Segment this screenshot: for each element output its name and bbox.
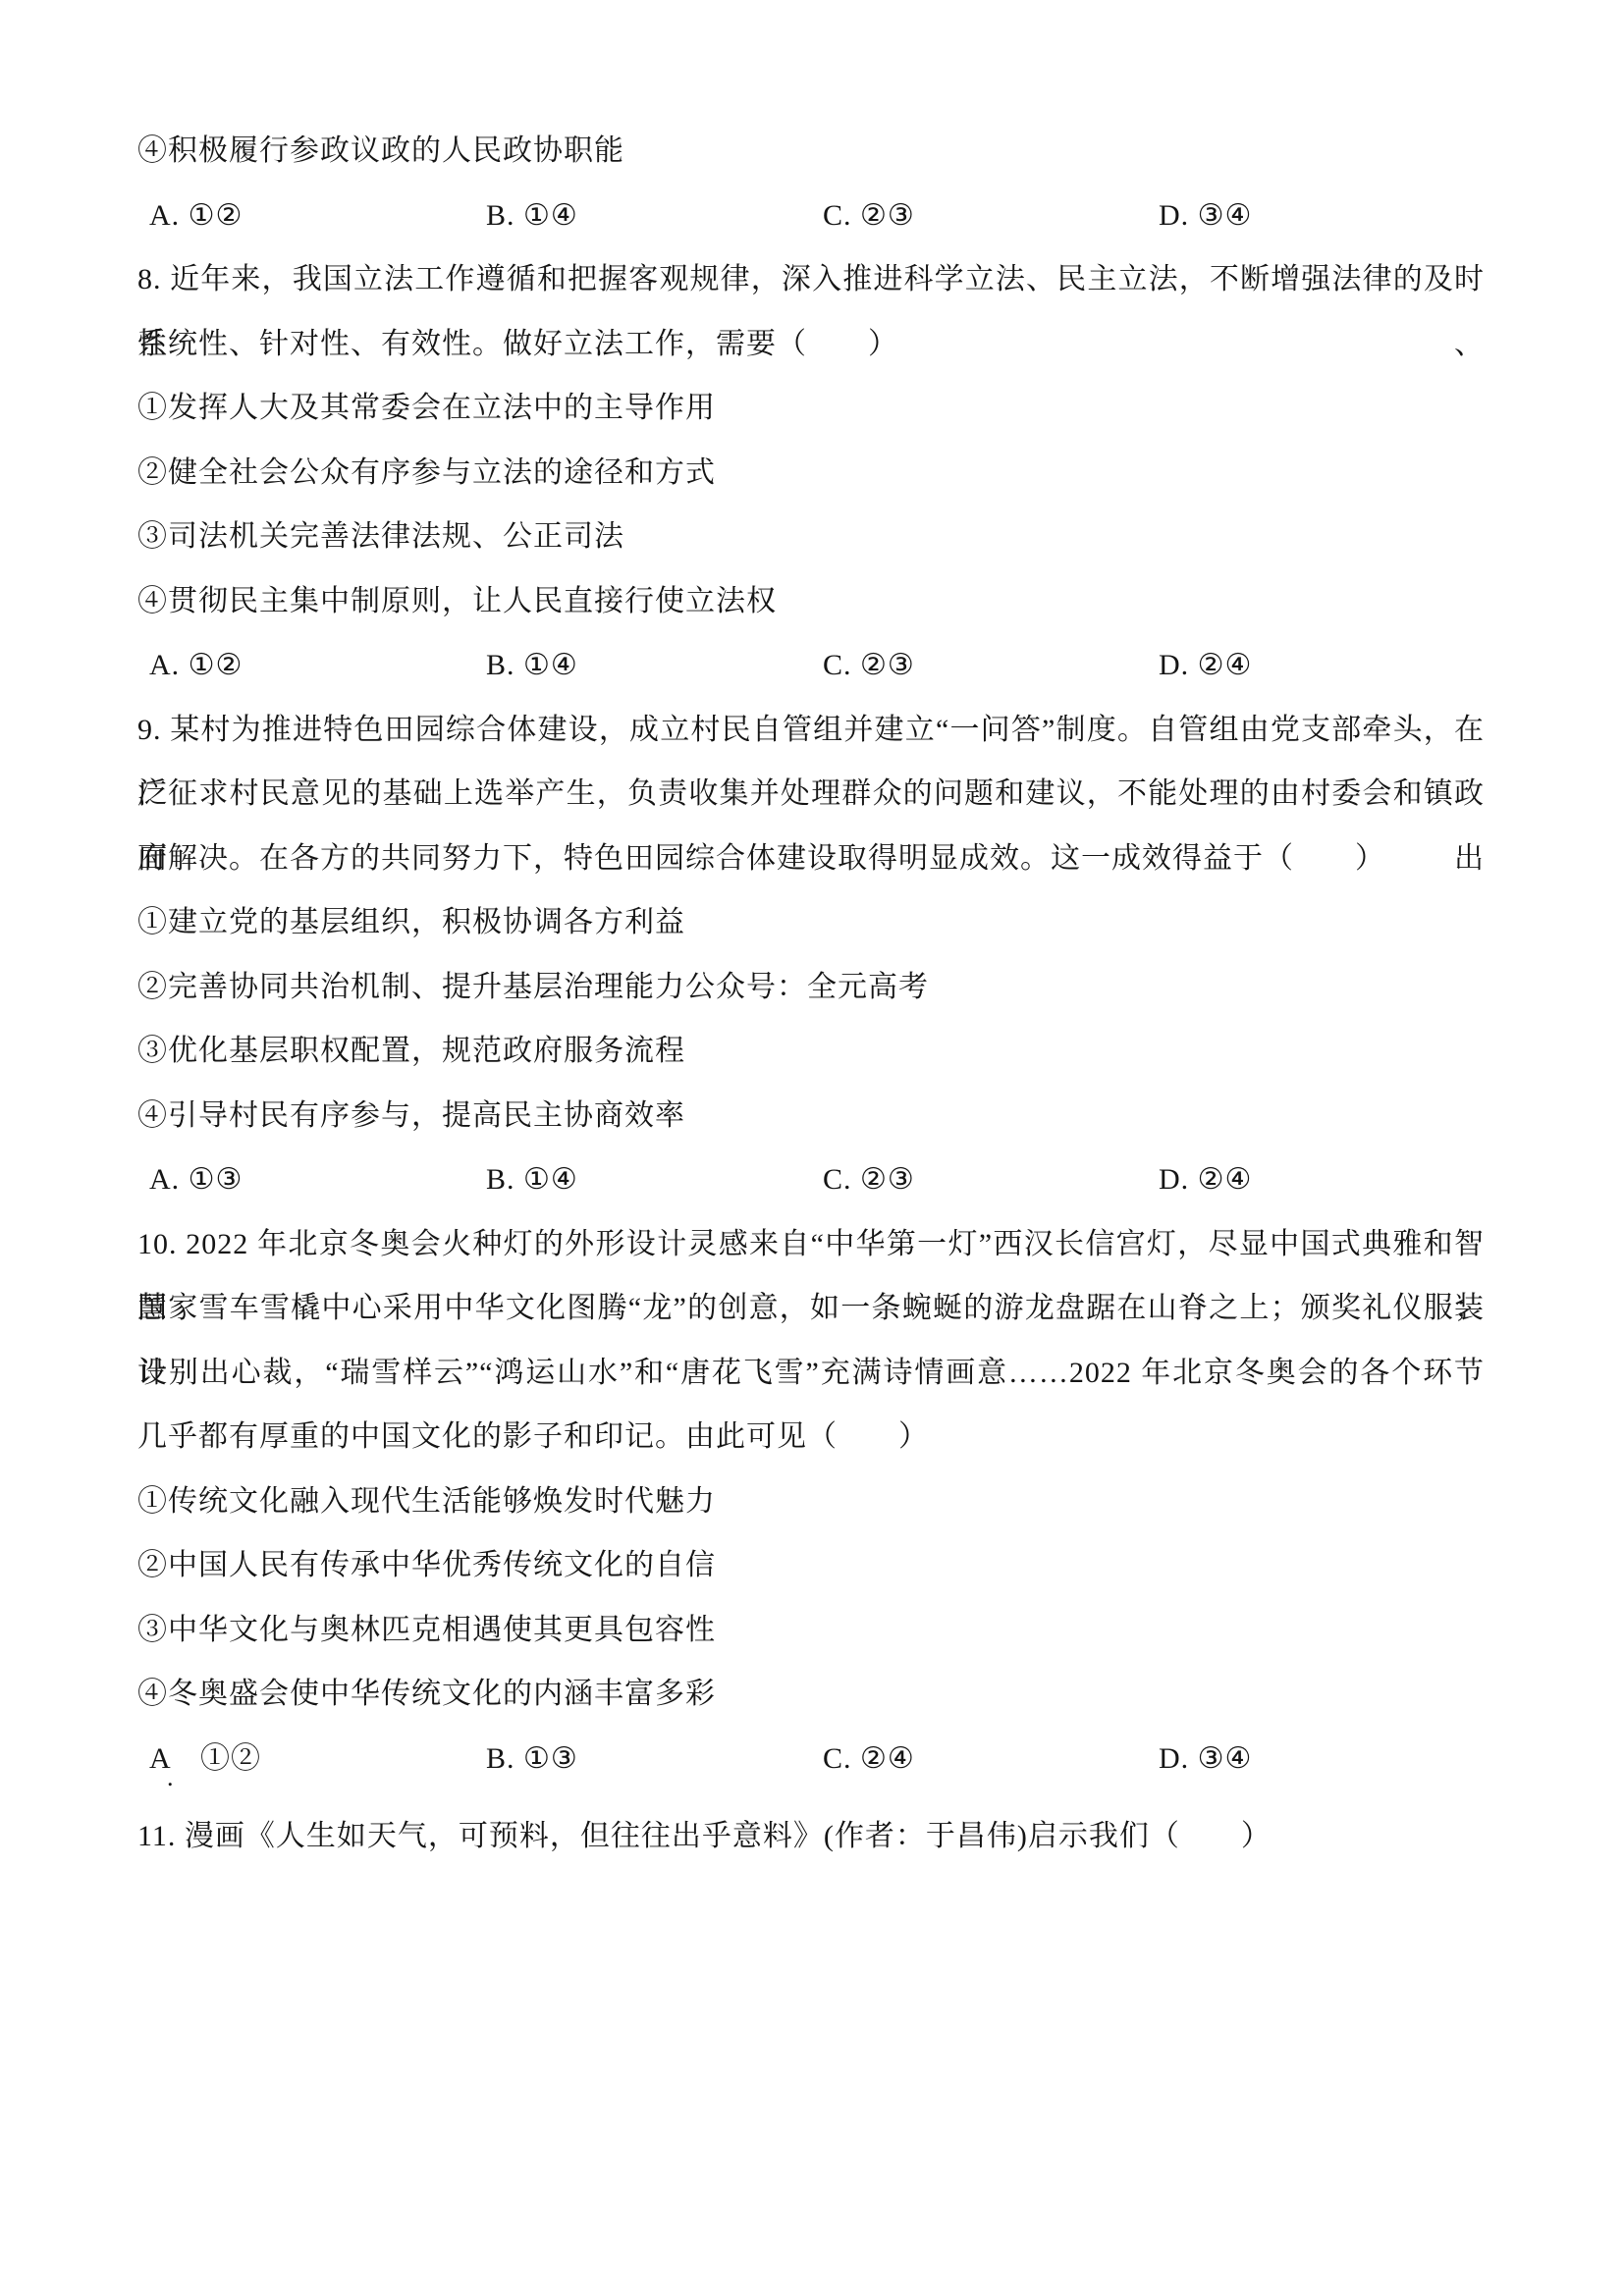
question-8-stem-line-1: 8. 近年来，我国立法工作遵循和把握客观规律，深入推进科学立法、民主立法，不断增… <box>137 247 1485 312</box>
stray-dot-mark: . <box>167 1765 174 1790</box>
question-7-options-row: A. ①② B. ①④ C. ②③ D. ③④ <box>137 184 1485 248</box>
question-8-item-1: ①发挥人大及其常委会在立法中的主导作用 <box>137 376 1485 441</box>
question-10-item-2: ②中国人民有传承中华优秀传统文化的自信 <box>137 1533 1485 1598</box>
question-10-stem-line-2: 国家雪车雪橇中心采用中华文化图腾“龙”的创意，如一条蜿蜒的游龙盘踞在山脊之上；颁… <box>137 1276 1485 1341</box>
question-9-stem-line-1: 9. 某村为推进特色田园综合体建设，成立村民自管组并建立“一问答”制度。自管组由… <box>137 698 1485 763</box>
question-9-option-d: D. ②④ <box>1159 1148 1252 1212</box>
question-9-stem-line-2: 泛征求村民意见的基础上选举产生，负责收集并处理群众的问题和建议，不能处理的由村委… <box>137 762 1485 827</box>
question-7-option-a: A. ①② <box>149 184 243 248</box>
question-10-item-1: ①传统文化融入现代生活能够焕发时代魅力 <box>137 1469 1485 1534</box>
question-8-option-a: A. ①② <box>149 633 243 698</box>
question-8-option-d: D. ②④ <box>1159 633 1252 698</box>
question-9-option-a: A. ①③ <box>149 1148 243 1212</box>
question-10-option-d: D. ③④ <box>1159 1727 1252 1791</box>
question-9-stem-line-3: 面解决。在各方的共同努力下，特色田园综合体建设取得明显成效。这一成效得益于（ ） <box>137 827 1485 891</box>
question-9-item-1: ①建立党的基层组织，积极协调各方利益 <box>137 890 1485 955</box>
question-8-options-row: A. ①② B. ①④ C. ②③ D. ②④ <box>137 633 1485 698</box>
question-9-item-2: ②完善协同共治机制、提升基层治理能力公众号：全元高考 <box>137 955 1485 1020</box>
exam-paper-page: ④积极履行参政议政的人民政协职能 A. ①② B. ①④ C. ②③ D. ③④… <box>0 0 1624 2296</box>
question-7-option-c: C. ②③ <box>823 184 915 248</box>
exam-content: ④积极履行参政议政的人民政协职能 A. ①② B. ①④ C. ②③ D. ③④… <box>137 119 1485 1869</box>
question-8-item-2: ②健全社会公众有序参与立法的途径和方式 <box>137 441 1485 506</box>
question-10-options-row: A ①② B. ①③ C. ②④ D. ③④ <box>137 1727 1485 1791</box>
question-8-item-4: ④贯彻民主集中制原则，让人民直接行使立法权 <box>137 569 1485 634</box>
question-9-item-4: ④引导村民有序参与，提高民主协商效率 <box>137 1084 1485 1148</box>
question-10-option-c: C. ②④ <box>823 1727 915 1791</box>
question-10-stem-line-1: 10. 2022 年北京冬奥会火种灯的外形设计灵感来自“中华第一灯”西汉长信宫灯… <box>137 1212 1485 1277</box>
question-8-option-c: C. ②③ <box>823 633 915 698</box>
question-11-stem-line-1: 11. 漫画《人生如天气，可预料，但往往出乎意料》(作者：于昌伟)启示我们（ ） <box>137 1804 1485 1869</box>
question-9-option-b: B. ①④ <box>486 1148 578 1212</box>
question-9-item-3: ③优化基层职权配置，规范政府服务流程 <box>137 1019 1485 1084</box>
question-8-item-3: ③司法机关完善法律法规、公正司法 <box>137 505 1485 569</box>
question-10-option-b: B. ①③ <box>486 1727 578 1791</box>
question-9-option-c: C. ②③ <box>823 1148 915 1212</box>
question-10-stem-line-3: 计别出心裁，“瑞雪样云”“鸿运山水”和“唐花飞雪”充满诗情画意……2022 年北… <box>137 1341 1485 1406</box>
question-10-item-4: ④冬奥盛会使中华传统文化的内涵丰富多彩 <box>137 1662 1485 1727</box>
question-10-stem-line-4: 几乎都有厚重的中国文化的影子和印记。由此可见（ ） <box>137 1405 1485 1469</box>
question-9-options-row: A. ①③ B. ①④ C. ②③ D. ②④ <box>137 1148 1485 1212</box>
question-8-option-b: B. ①④ <box>486 633 578 698</box>
question-7-option-d: D. ③④ <box>1159 184 1252 248</box>
question-10-item-3: ③中华文化与奥林匹克相遇使其更具包容性 <box>137 1598 1485 1663</box>
question-7-item-4: ④积极履行参政议政的人民政协职能 <box>137 119 1485 184</box>
question-7-option-b: B. ①④ <box>486 184 578 248</box>
